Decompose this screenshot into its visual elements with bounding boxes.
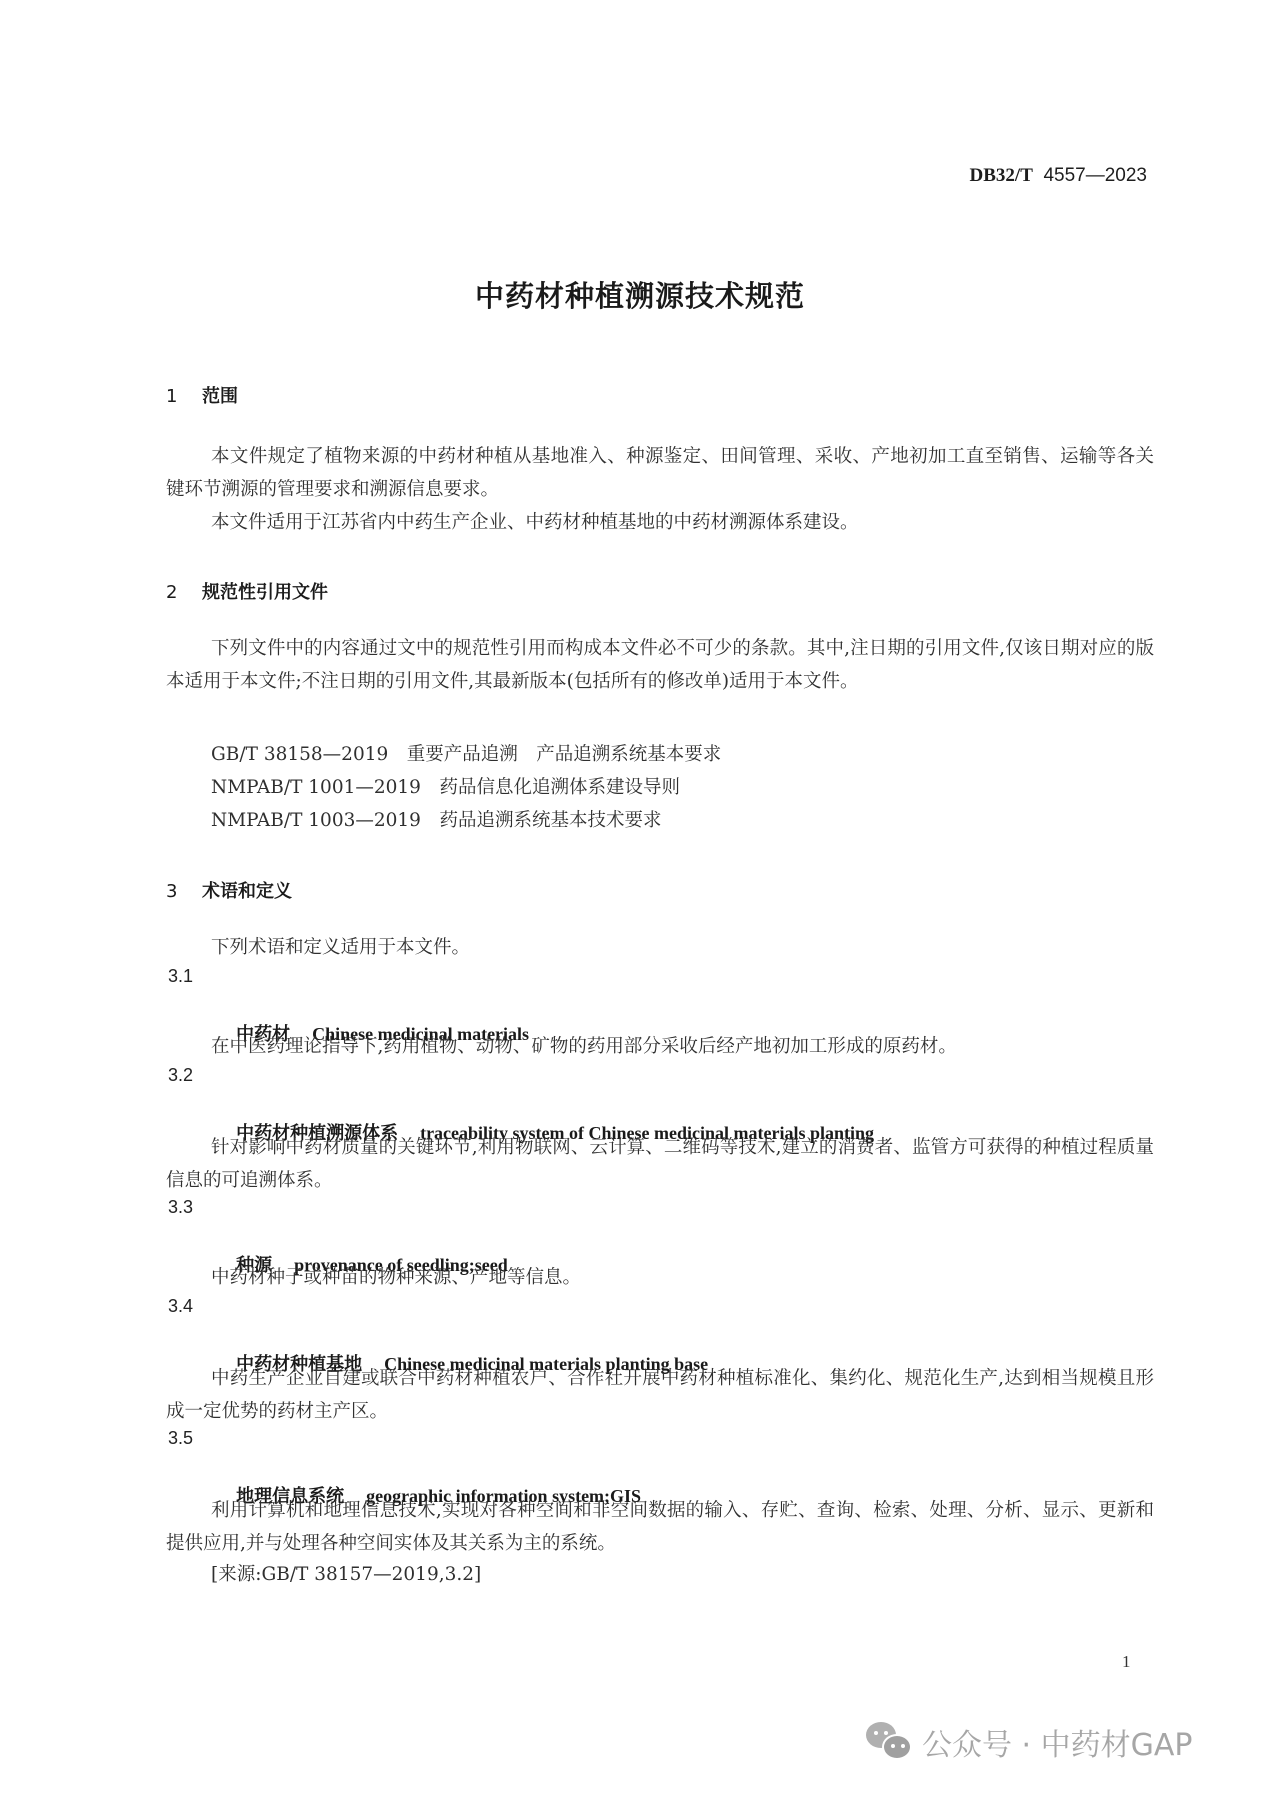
clause-number: 3.2 <box>168 1065 193 1086</box>
document-page: DB32/T 4557—2023 中药材种植溯源技术规范 1范围 本文件规定了植… <box>0 0 1280 1795</box>
clause-number: 3.4 <box>168 1296 193 1317</box>
watermark: 公众号 · 中药材GAP <box>866 1720 1192 1764</box>
term-definition: 中药生产企业自建或联合中药材种植农户、合作社开展中药材种植标准化、集约化、规范化… <box>166 1362 1154 1428</box>
reference-item: GB/T 38158—2019 重要产品追溯 产品追溯系统基本要求 <box>211 740 721 766</box>
reference-item: NMPAB/T 1001—2019 药品信息化追溯体系建设导则 <box>211 773 680 799</box>
clause-number: 3.5 <box>168 1428 193 1449</box>
section-number: 2 <box>166 582 202 603</box>
clause-number: 3.3 <box>168 1197 193 1218</box>
section-title: 术语和定义 <box>202 881 292 902</box>
section-title: 规范性引用文件 <box>202 582 328 603</box>
section-title: 范围 <box>202 386 238 407</box>
reference-item: NMPAB/T 1003—2019 药品追溯系统基本技术要求 <box>211 806 661 832</box>
clause-number: 3.1 <box>168 966 193 987</box>
watermark-text: 公众号 · 中药材GAP <box>922 1720 1192 1764</box>
term-definition: 利用计算机和地理信息技术,实现对各种空间和非空间数据的输入、存贮、查询、检索、处… <box>166 1494 1154 1560</box>
section-heading-terms: 3术语和定义 <box>166 877 292 903</box>
term-source: [来源:GB/T 38157—2019,3.2] <box>211 1560 481 1586</box>
term-definition: 在中医药理论指导下,药用植物、动物、矿物的药用部分采收后经产地初加工形成的原药材… <box>211 1032 957 1058</box>
term-definition: 针对影响中药材质量的关键环节,利用物联网、云计算、二维码等技术,建立的消费者、监… <box>166 1131 1154 1197</box>
standard-code: DB32/T 4557—2023 <box>970 165 1147 187</box>
standard-number: 4557—2023 <box>1043 165 1147 186</box>
wechat-icon <box>866 1722 912 1762</box>
section-heading-scope: 1范围 <box>166 382 238 408</box>
section-heading-normative-references: 2规范性引用文件 <box>166 578 328 604</box>
page-number: 1 <box>1122 1652 1131 1672</box>
standard-prefix: DB32/T <box>970 165 1033 186</box>
section-number: 3 <box>166 881 202 902</box>
terms-intro: 下列术语和定义适用于本文件。 <box>211 933 470 959</box>
references-paragraph: 下列文件中的内容通过文中的规范性引用而构成本文件必不可少的条款。其中,注日期的引… <box>166 632 1154 698</box>
term-definition: 中药材种子或种苗的物种来源、产地等信息。 <box>211 1263 581 1289</box>
scope-paragraph-1: 本文件规定了植物来源的中药材种植从基地准入、种源鉴定、田间管理、采收、产地初加工… <box>166 440 1154 506</box>
section-number: 1 <box>166 386 202 407</box>
scope-paragraph-2: 本文件适用于江苏省内中药生产企业、中药材种植基地的中药材溯源体系建设。 <box>166 506 1154 539</box>
document-title: 中药材种植溯源技术规范 <box>0 274 1280 315</box>
